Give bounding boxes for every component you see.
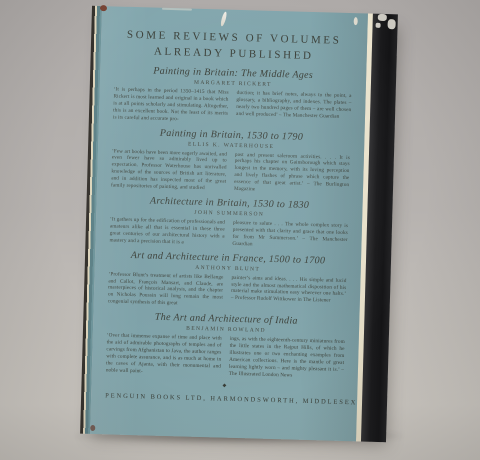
photo-backdrop: SOME REVIEWS OF VOLUMES ALREADY PUBLISHE… — [0, 0, 480, 460]
review-column-left: ‘It is perhaps in the period 1350–1415 t… — [113, 86, 229, 124]
review-column-left: ‘Professor Blunt’s treatment of artists … — [108, 271, 224, 309]
review-section: The Art and Architecture of India BENJAM… — [106, 310, 346, 380]
review-column-right: pleasure to salute . . . The whole compl… — [232, 220, 348, 251]
review-quote: ‘It gathers up for the edification of pr… — [109, 216, 348, 250]
review-section: Art and Architecture in France, 1500 to … — [108, 249, 347, 312]
review-quote: ‘It is perhaps in the period 1350–1415 t… — [113, 86, 352, 127]
review-quote: ‘Professor Blunt’s treatment of artists … — [108, 271, 347, 312]
review-column-right: ings, as with the eighteenth-century min… — [229, 336, 345, 381]
jacket-back-panel: SOME REVIEWS OF VOLUMES ALREADY PUBLISHE… — [90, 6, 368, 441]
review-section: Architecture in Britain, 1530 to 1830 JO… — [109, 194, 348, 250]
review-column-right: painter’s aims and ideas. . . . His simp… — [231, 274, 347, 312]
reviews-header-line2: ALREADY PUBLISHED — [115, 44, 353, 64]
review-quote: ‘Few art books have been more eagerly aw… — [111, 148, 350, 196]
review-quote: ‘Over that immense expanse of time and p… — [106, 332, 345, 380]
review-column-right: past and present saleroom activities. . … — [234, 151, 350, 196]
review-section: Painting in Britain: The Middle Ages MAR… — [113, 64, 352, 127]
spine-corner-damage — [374, 13, 399, 40]
review-section: Painting in Britain, 1530 to 1790 ELLIS … — [111, 126, 351, 196]
reviews-panel-content: SOME REVIEWS OF VOLUMES ALREADY PUBLISHE… — [90, 6, 368, 441]
review-column-left: ‘Few art books have been more eagerly aw… — [111, 148, 227, 193]
review-column-left: ‘Over that immense expanse of time and p… — [106, 332, 222, 377]
book: SOME REVIEWS OF VOLUMES ALREADY PUBLISHE… — [80, 6, 398, 442]
review-column-right: duction; it has brief notes, always to t… — [236, 90, 352, 128]
diamond-ornament: ◆ — [105, 379, 343, 392]
review-column-left: ‘It gathers up for the edification of pr… — [109, 216, 225, 247]
publisher-imprint: PENGUIN BOOKS LTD, HARMONDSWORTH, MIDDLE… — [105, 392, 343, 407]
